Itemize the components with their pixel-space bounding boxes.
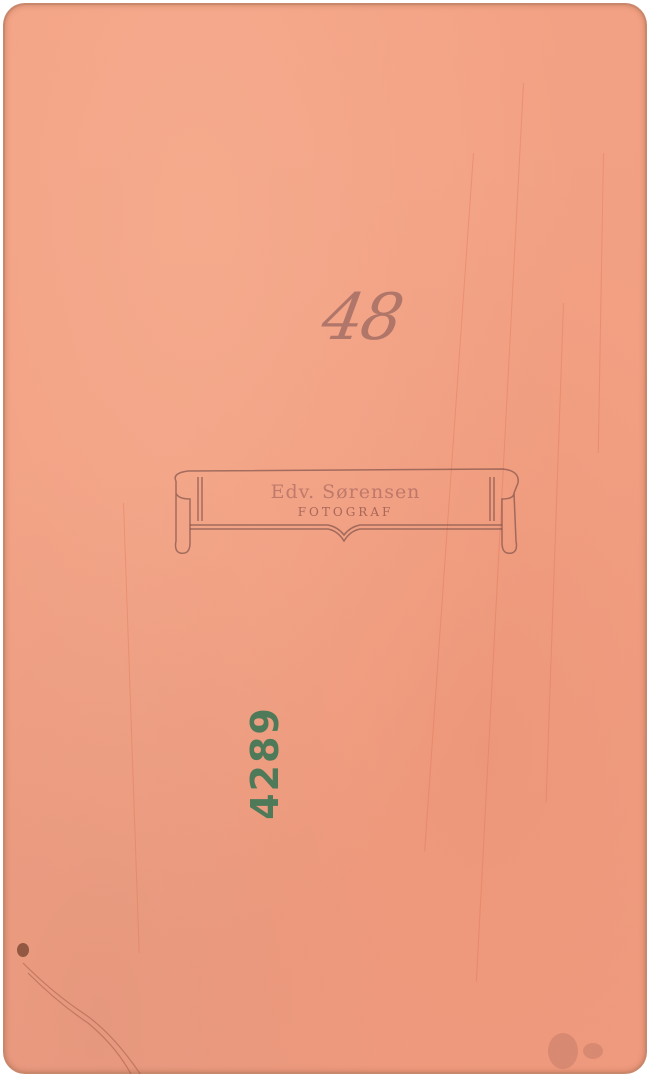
green-inventory-number: 4289 [243, 693, 283, 833]
corner-crease-icon [13, 953, 153, 1074]
stain [548, 1033, 578, 1069]
photo-card-back: 48 Edv. Sørensen FOTOGRAF 4289 [3, 3, 647, 1074]
photographer-title: FOTOGRAF [168, 505, 523, 519]
photographer-name: Edv. Sørensen [168, 481, 523, 503]
stain [583, 1043, 603, 1059]
photographer-stamp: Edv. Sørensen FOTOGRAF [168, 463, 523, 559]
paper-streak [123, 503, 140, 953]
pencil-number: 48 [316, 281, 406, 355]
paper-streak [546, 303, 564, 803]
paper-streak [598, 153, 604, 453]
